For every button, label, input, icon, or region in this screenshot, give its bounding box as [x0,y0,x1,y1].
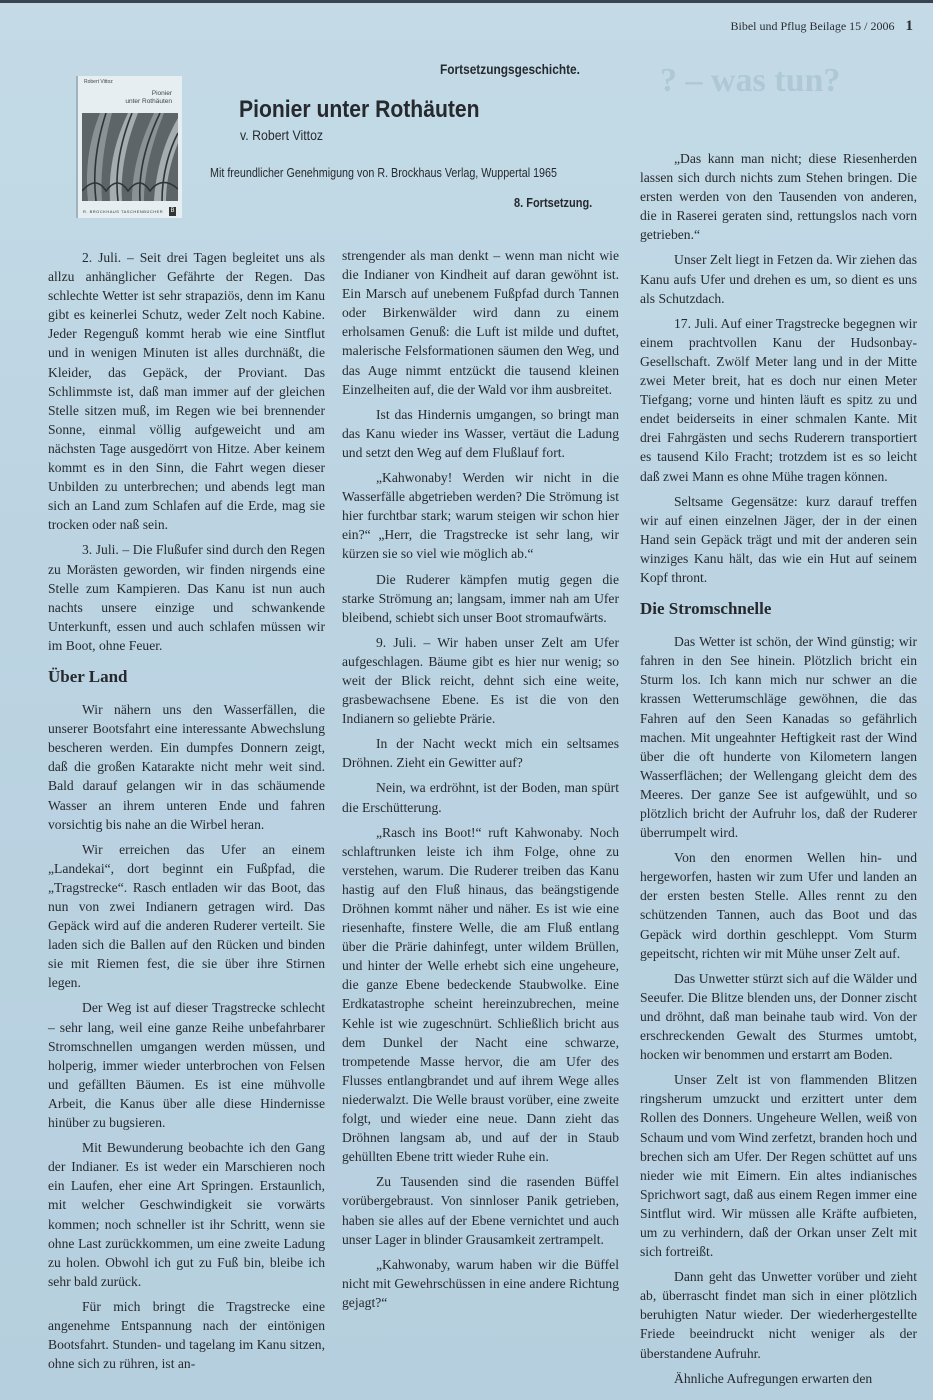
paragraph: Nein, wa erdröhnt, ist der Boden, man sp… [342,778,619,816]
section-kicker: Fortsetzungsgeschichte. [440,62,580,77]
scan-edge [0,0,933,3]
paragraph: Wir erreichen das Ufer an einem „Landeka… [48,840,325,993]
paragraph: Unser Zelt ist von flammenden Blitzen ri… [640,1070,917,1261]
page-number: 1 [906,18,914,34]
paragraph: strengender als man denkt – wenn man nic… [342,246,619,399]
paragraph: „Kahwonaby, warum haben wir die Büffel n… [342,1255,619,1312]
cover-title-line1: Pionier [125,90,172,98]
newspaper-page: ? – was tun? Bibel und Pflug Beilage 15 … [0,0,933,1400]
installment-label: 8. Fortsetzung. [514,196,592,210]
paragraph: Dann geht das Unwetter vorüber und zieht… [640,1267,917,1362]
paragraph: Wir nähern uns den Wasserfällen, die uns… [48,700,325,834]
show-through-text: ? – was tun? [660,62,840,100]
paragraph: „Kahwonaby! Werden wir nicht in die Wass… [342,468,619,563]
paragraph: Zu Tausenden sind die rasenden Büffel vo… [342,1172,619,1248]
article-byline: v. Robert Vittoz [240,127,323,143]
cover-title-line2: unter Rothäuten [125,98,172,106]
text-column-1: 2. Juli. – Seit drei Tagen begleitet uns… [48,248,325,1379]
text-column-3: „Das kann man nicht; diese Riesenherden … [640,149,917,1394]
section-heading: Über Land [48,667,325,686]
paragraph: 17. Juli. Auf einer Tragstrecke begegnen… [640,314,917,486]
paragraph: Ist das Hindernis umgangen, so bringt ma… [342,405,619,462]
paragraph: 2. Juli. – Seit drei Tagen begleitet uns… [48,248,325,534]
issue-number: 15 / 2006 [849,19,894,33]
book-cover-image: Robert Vittoz Pionier unter Rothäuten [76,76,182,218]
paragraph: Ähnliche Aufregungen erwarten den [640,1369,917,1388]
paragraph: Der Weg ist auf dieser Tragstrecke schle… [48,998,325,1132]
permission-note: Mit freundlicher Genehmigung von R. Broc… [210,166,557,180]
paragraph: In der Nacht weckt mich ein seltsames Dr… [342,734,619,772]
text-column-2: strengender als man denkt – wenn man nic… [342,246,619,1318]
cover-publisher: R. BROCKHAUS TASCHENBÜCHER [83,209,163,214]
paragraph: „Rasch ins Boot!“ ruft Kahwonaby. Noch s… [342,823,619,1167]
paragraph: Von den enormen Wellen hin- und hergewor… [640,848,917,963]
paragraph: Die Ruderer kämpfen mutig gegen die star… [342,570,619,627]
section-heading: Die Stromschnelle [640,599,917,618]
cover-artwork [82,113,178,201]
feather-pattern-icon [82,113,178,201]
cover-author: Robert Vittoz [84,79,113,85]
paragraph: Mit Bewunderung beobachte ich den Gang d… [48,1138,325,1291]
article-title: Pionier unter Rothäuten [239,96,480,124]
paragraph: Das Unwetter stürzt sich auf die Wälder … [640,969,917,1064]
publisher-logo-icon: B [169,207,176,216]
publication-name: Bibel und Pflug Beilage [731,19,847,33]
paragraph: Unser Zelt liegt in Fetzen da. Wir ziehe… [640,250,917,307]
cover-title: Pionier unter Rothäuten [125,90,172,106]
running-head: Bibel und Pflug Beilage 15 / 2006 1 [731,18,914,35]
paragraph: 3. Juli. – Die Flußufer sind durch den R… [48,540,325,655]
paragraph: „Das kann man nicht; diese Riesenherden … [640,149,917,244]
paragraph: Für mich bringt die Tragstrecke eine ang… [48,1297,325,1373]
paragraph: 9. Juli. – Wir haben unser Zelt am Ufer … [342,633,619,728]
paragraph: Seltsame Gegensätze: kurz darauf treffen… [640,492,917,587]
paragraph: Das Wetter ist schön, der Wind günstig; … [640,632,917,842]
